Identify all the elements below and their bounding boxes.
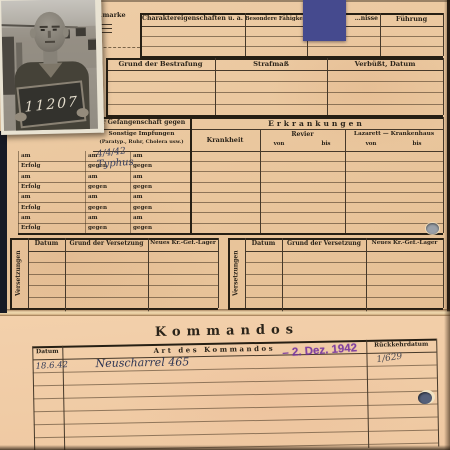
col-strafmass: Strafmaß	[215, 61, 327, 68]
kommandos-table: Kommandos Datum Art des Kommandos Rückke…	[0, 315, 450, 450]
vacc-row-label: am	[21, 216, 31, 222]
rule-line	[190, 117, 192, 233]
rule-line	[218, 238, 219, 308]
versetzungen-side-label: Versetzungen	[228, 238, 245, 308]
rule-line	[18, 151, 19, 233]
rule-line	[33, 391, 437, 400]
rule-line	[140, 36, 443, 37]
rule-line	[85, 151, 86, 233]
col-verbuesst-datum: Verbüßt, Datum	[327, 61, 443, 68]
vacc-row-label: gegen	[88, 226, 107, 232]
prisoner-eye	[53, 29, 57, 31]
rule-line	[282, 238, 283, 313]
vacc-row-label: am	[21, 154, 31, 160]
vacc-row-label: Erfolg	[21, 185, 40, 191]
rule-line	[93, 151, 443, 152]
rule-line	[18, 161, 443, 162]
rule-line	[260, 129, 261, 233]
prisoner-number-board: 11207	[16, 80, 86, 128]
prisoner-eye	[41, 29, 45, 31]
rule-line	[28, 251, 218, 252]
rule-line	[245, 297, 443, 298]
col-neues-lager: Neues Kr.-Gef.-Lager	[148, 241, 218, 247]
rule-line	[18, 223, 443, 224]
rule-line	[140, 46, 443, 47]
building-window	[88, 39, 96, 50]
rule-line	[106, 70, 443, 71]
kommandos-title: Kommandos	[27, 321, 427, 342]
vacc-row-label: gegen	[133, 226, 152, 232]
rule-line	[366, 238, 367, 313]
vacc-row-label: am	[21, 175, 31, 181]
rule-line	[28, 262, 218, 263]
rule-line	[345, 129, 346, 233]
revier-von-label: von	[268, 142, 290, 148]
vacc-row-label: gegen	[88, 206, 107, 212]
rule-line	[245, 274, 443, 275]
rule-line	[33, 365, 437, 374]
rule-line	[245, 285, 443, 286]
kommandos-lower-card: Kommandos Datum Art des Kommandos Rückke…	[0, 316, 450, 450]
lazarett-von-label: von	[360, 142, 382, 148]
vacc-row-label: am	[88, 216, 98, 222]
vaccination-against-handwriting: Typhus	[97, 158, 134, 171]
prisoner-mouth	[45, 41, 55, 43]
col-neues-lager: Neues Kr.-Gef.-Lager	[366, 241, 443, 247]
background-edge	[0, 131, 7, 313]
col-kenntnisse-partial: …nisse	[350, 16, 378, 22]
rule-line	[106, 81, 443, 82]
punch-hole	[418, 392, 432, 404]
vacc-row-label: gegen	[133, 164, 152, 170]
col-fuehrung: Führung	[380, 16, 443, 23]
versetzungen-side-label: Versetzungen	[10, 238, 28, 308]
rule-line	[18, 182, 443, 183]
rule-line	[34, 430, 438, 439]
vacc-row-label: am	[133, 175, 143, 181]
blue-index-tab	[303, 0, 346, 41]
prisoner-photo: 11207	[0, 0, 104, 135]
vacc-row-label: gegen	[88, 185, 107, 191]
col-datum: Datum	[32, 349, 62, 356]
revier-bis-label: bis	[315, 142, 337, 148]
rule-line	[106, 92, 443, 93]
prisoner-ear	[30, 28, 36, 38]
rule-line	[140, 26, 443, 27]
vacc-row-label: am	[133, 154, 143, 160]
vacc-row-label: am	[133, 216, 143, 222]
rule-line	[245, 251, 443, 252]
col-krankheit: Krankheit	[190, 137, 260, 144]
prisoner-eyebrow	[40, 26, 48, 28]
vacc-row-label: gegen	[133, 206, 152, 212]
pow-record-card-scan: …marke Charaktereigenschaften u. a. Beso…	[0, 0, 450, 450]
rule-line	[28, 274, 218, 275]
prisoner-number: 11207	[24, 93, 78, 115]
col-besondere-faehigkeiten: Besondere Fähigkeiten	[245, 17, 307, 22]
col-grund-der-bestrafung: Grund der Bestrafung	[106, 61, 215, 68]
vacc-row-label: Erfolg	[21, 206, 40, 212]
prisoner-eyebrow	[52, 26, 60, 28]
punch-hole	[426, 223, 439, 234]
rule-line	[33, 378, 437, 387]
rule-line	[245, 262, 443, 263]
rule-line	[33, 404, 437, 413]
col-revier: Revier	[260, 132, 345, 138]
rueckkehr-handwriting: 1/629	[376, 353, 403, 366]
col-rueckkehrdatum: Rückkehrdatum	[366, 342, 436, 349]
rule-line	[34, 417, 438, 426]
sonstige-impfungen-detail: (Paratyp., Ruhr, Cholera usw.)	[93, 140, 190, 145]
prisoner-ear	[63, 27, 69, 37]
vacc-row-label: am	[88, 175, 98, 181]
rule-line	[93, 129, 443, 130]
col-charaktereigenschaften: Charaktereigenschaften u. a.	[140, 16, 245, 22]
building-doorway	[2, 37, 15, 95]
rule-line	[65, 238, 66, 313]
rule-line	[148, 238, 149, 313]
col-datum: Datum	[245, 241, 282, 247]
vacc-row-label: am	[21, 195, 31, 201]
kommando-name-handwriting: Neuscharrel 465	[95, 356, 189, 369]
vacc-row-label: am	[133, 195, 143, 201]
building-window	[76, 27, 86, 36]
rule-line	[18, 233, 443, 235]
col-lazarett: Lazarett — Krankenhaus	[345, 132, 443, 138]
col-grund-der-versetzung: Grund der Versetzung	[65, 241, 148, 247]
kommando-date-handwriting: 18.6.42	[35, 361, 68, 371]
edge-shadow	[0, 445, 450, 450]
rule-line	[106, 104, 443, 105]
vacc-row-label: Erfolg	[21, 164, 40, 170]
lazarett-bis-label: bis	[406, 142, 428, 148]
edge-shadow	[444, 0, 450, 450]
col-grund-der-versetzung: Grund der Versetzung	[282, 241, 366, 247]
rule-line	[18, 202, 443, 203]
photo-scene: 11207	[1, 0, 98, 131]
prisoner-nose	[48, 31, 51, 38]
rule-line	[28, 238, 29, 308]
vacc-row-label: Erfolg	[21, 226, 40, 232]
erkrankungen-header: Erkrankungen	[190, 120, 443, 128]
rule-line	[18, 192, 443, 193]
sonstige-impfungen-label: Sonstige Impfungen	[95, 132, 188, 138]
gefangenschaft-label-partial: …r Gefangenschaft gegen	[96, 120, 185, 126]
rule-line	[28, 297, 218, 298]
rule-line	[18, 212, 443, 213]
col-datum: Datum	[28, 241, 65, 247]
rule-line	[18, 171, 443, 172]
vacc-row-label: am	[88, 195, 98, 201]
rule-line	[245, 238, 246, 308]
vacc-row-label: gegen	[133, 185, 152, 191]
rule-line	[28, 285, 218, 286]
